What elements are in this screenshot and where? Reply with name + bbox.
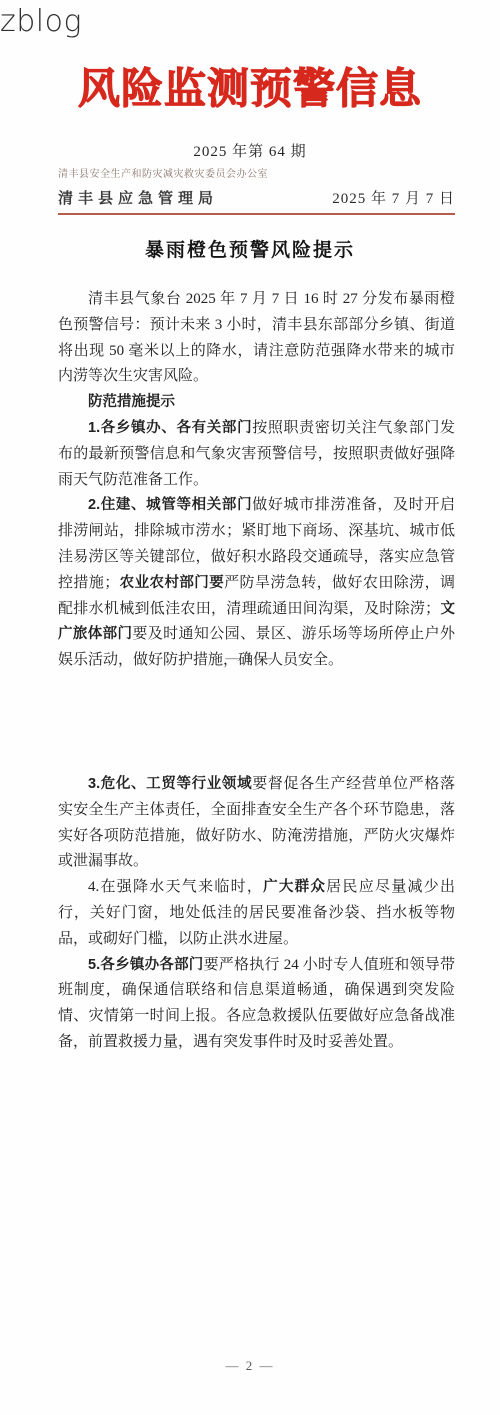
masthead: 清丰县安全生产和防灾减灾救灾委员会办公室 清丰县应急管理局 2025 年 7 月… (58, 165, 455, 215)
paragraph: 1.各乡镇办、各有关部门按照职责密切关注气象部门发布的最新预警信息和气象灾害预警… (58, 416, 455, 493)
paragraph: 4.在强降水天气来临时，广大群众居民应尽量减少出行，关好门窗，地处低洼的居民要准… (58, 875, 455, 952)
issuing-office: 清丰县安全生产和防灾减灾救灾委员会办公室 (58, 165, 455, 180)
page1-body: 清丰县气象台 2025 年 7 月 7 日 16 时 27 分发布暴雨橙色预警信… (58, 287, 455, 674)
document-title: 风险监测预警信息 (0, 56, 500, 116)
paragraph: 2.住建、城管等相关部门做好城市排涝准备，及时开启排涝闸站，排除城市涝水；紧盯地… (58, 493, 455, 674)
document-date: 2025 年 7 月 7 日 (332, 187, 455, 208)
alert-heading: 暴雨橙色预警风险提示 (0, 235, 500, 262)
page2-number: — 2 — (0, 1358, 500, 1374)
paragraph: 防范措施提示 (58, 390, 455, 416)
bureau-name: 清丰县应急管理局 (58, 187, 218, 208)
site-logo[interactable]: zblog (0, 4, 82, 39)
paragraph: 清丰县气象台 2025 年 7 月 7 日 16 时 27 分发布暴雨橙色预警信… (58, 287, 455, 390)
paragraph: 3.危化、工贸等行业领域要督促各生产经营单位严格落实安全生产主体责任，全面排查安… (58, 772, 455, 875)
page1-number: — 1 — (0, 650, 500, 666)
document-page: zblog 风险监测预警信息 2025 年第 64 期 清丰县安全生产和防灾减灾… (0, 0, 500, 1415)
page2-body: 3.危化、工贸等行业领域要督促各生产经营单位严格落实安全生产主体责任，全面排查安… (58, 772, 455, 1056)
masthead-row: 清丰县应急管理局 2025 年 7 月 7 日 (58, 187, 455, 215)
issue-number: 2025 年第 64 期 (0, 140, 500, 161)
paragraph: 5.各乡镇办各部门要严格执行 24 小时专人值班和领导带班制度，确保通信联络和信… (58, 953, 455, 1056)
